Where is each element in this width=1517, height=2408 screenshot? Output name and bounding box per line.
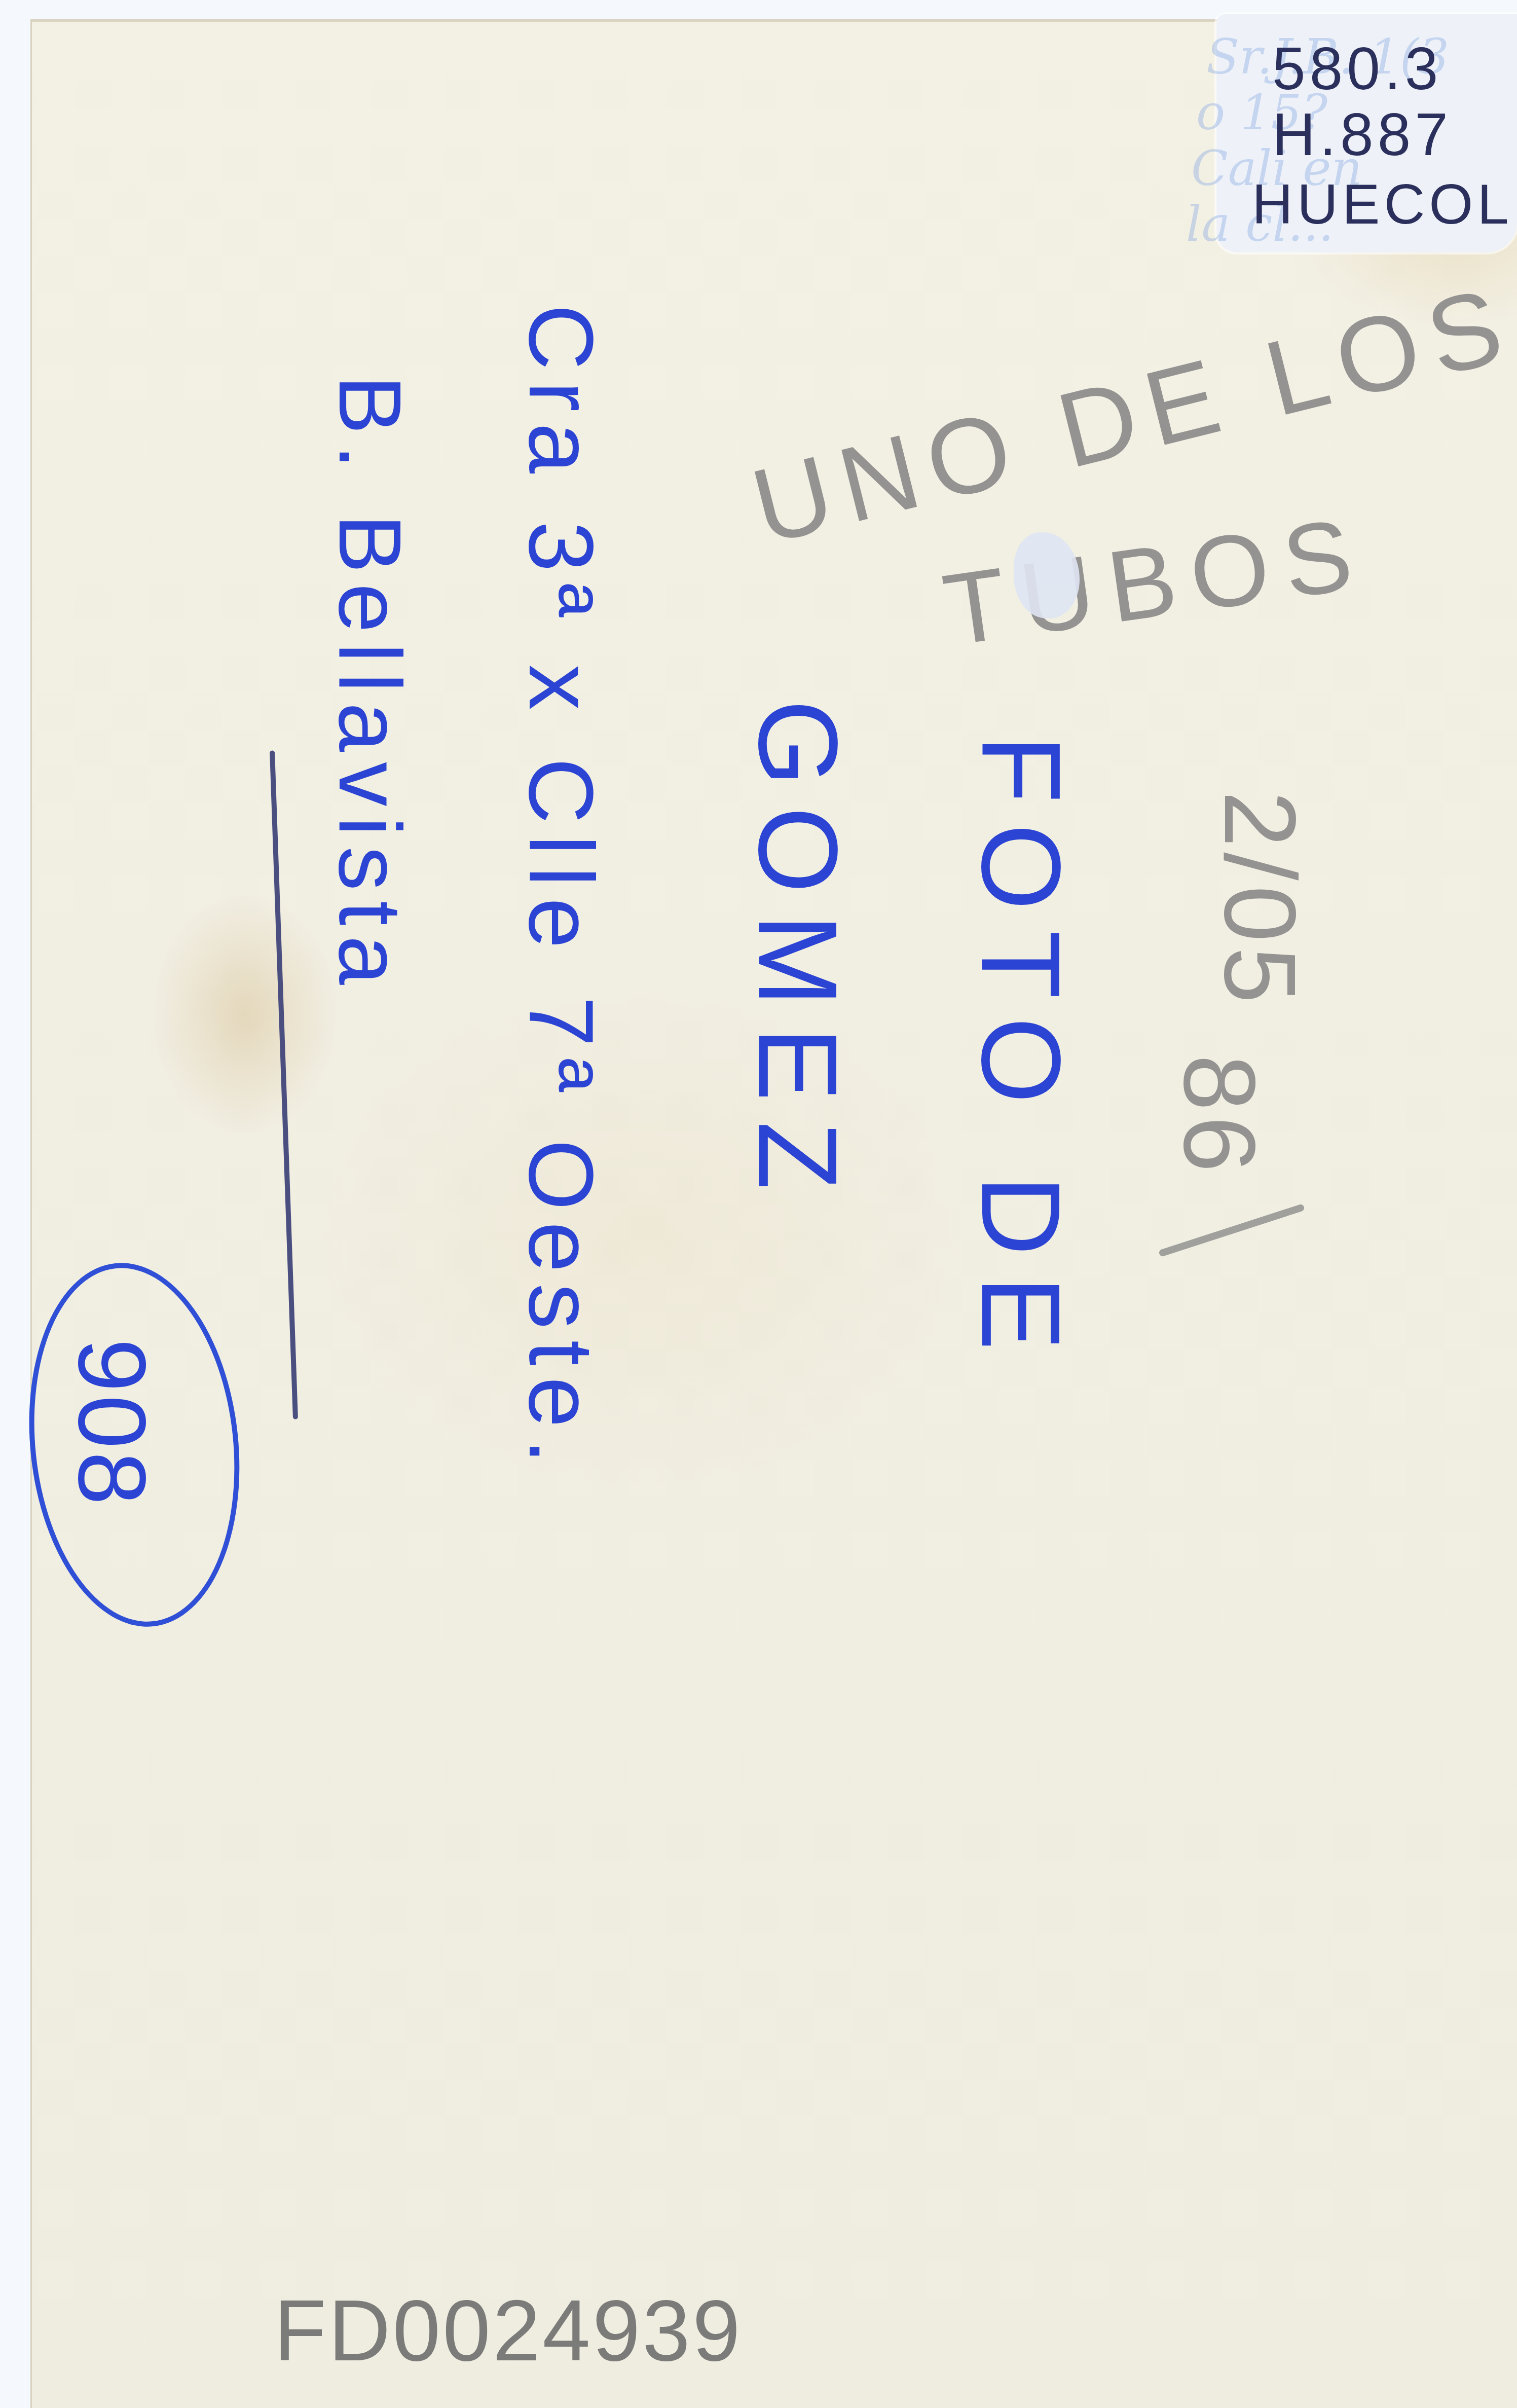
label-line-cutter: H.887 [1272, 100, 1452, 169]
pen-neighborhood: B. Bellavista [319, 375, 421, 995]
pencil-date-top: 2/05 [1201, 791, 1318, 1008]
pencil-date-bottom: 86 [1161, 1054, 1277, 1177]
pen-photographer-line1: FOTO DE [956, 735, 1085, 1371]
pen-photographer-line2: GOMEZ [733, 700, 862, 1210]
catalog-number: FD0024939 [274, 2281, 742, 2381]
label-line-collection: HUECOL. [1252, 171, 1517, 237]
label-line-classification: 580.3 [1272, 34, 1442, 103]
circled-number: 908 [57, 1338, 167, 1508]
pen-address: Cra 3ª x Clle 7ª Oeste. [508, 304, 613, 1475]
accession-label: Sr.J.B. 1(3 o 15? Cali en la cl... 580.3… [1216, 14, 1517, 252]
